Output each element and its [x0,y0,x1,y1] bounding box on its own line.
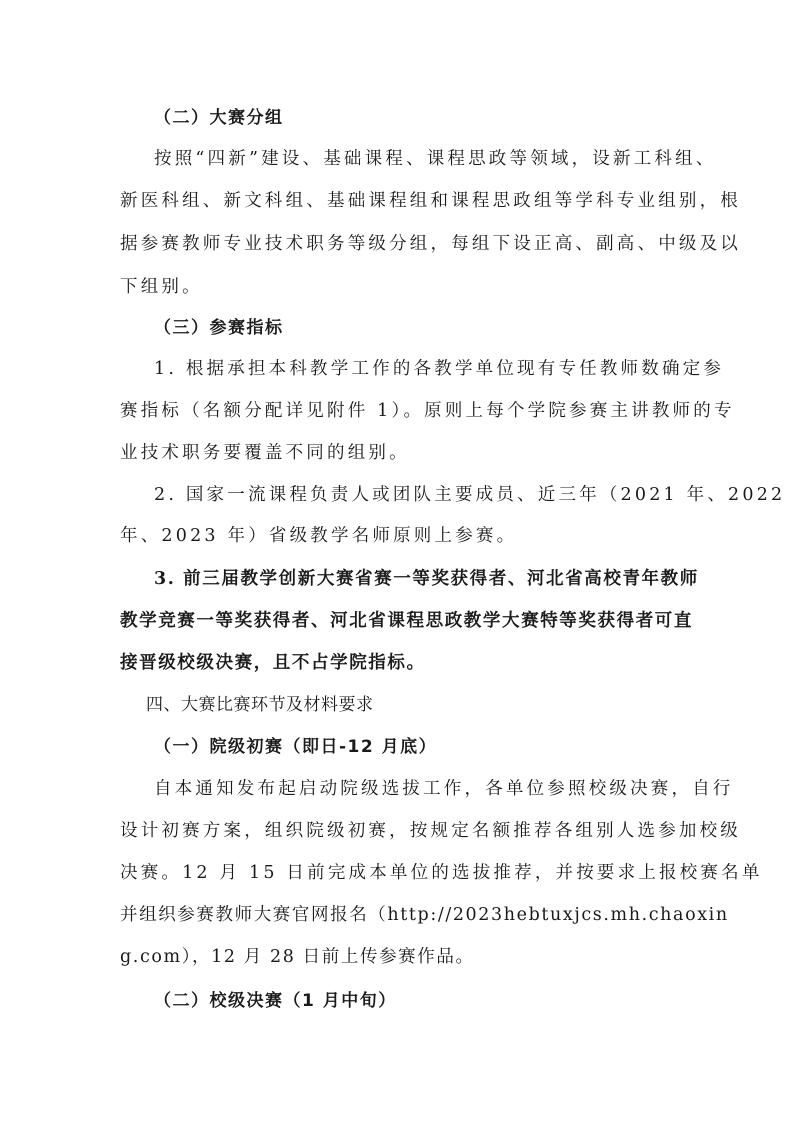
section-heading-school-final: （二）校级决赛（1 月中旬） [154,989,716,1013]
paragraph-line: 下组别。 [120,275,682,299]
paragraph-line: 2. 国家一流课程负责人或团队主要成员、近三年（2021 年、2022 [154,483,682,507]
paragraph-line: 据参赛教师专业技术职务等级分组，每组下设正高、副高、中级及以 [120,232,682,256]
paragraph-line: 自本通知发布起启动院级选拔工作，各单位参照校级决赛，自行 [154,777,682,801]
paragraph-line: g.com），12 月 28 日前上传参赛作品。 [120,945,682,969]
paragraph-line: 按照“四新”建设、基础课程、课程思政等领域，设新工科组、 [154,147,682,171]
paragraph-line-url: 并组织参赛教师大赛官网报名（http://2023hebtuxjcs.mh.ch… [120,903,682,927]
document-page: （二）大赛分组 按照“四新”建设、基础课程、课程思政等领域，设新工科组、 新医科… [0,0,800,1131]
paragraph-line: 1. 根据承担本科教学工作的各教学单位现有专任教师数确定参 [154,357,682,381]
section-heading-quota: （三）参赛指标 [154,316,716,340]
paragraph-line-bold: 教学竞赛一等奖获得者、河北省课程思政教学大赛特等奖获得者可直 [120,609,682,633]
paragraph-line: 新医科组、新文科组、基础课程组和课程思政组等学科专业组别，根 [120,189,682,213]
paragraph-line: 赛指标（名额分配详见附件 1）。原则上每个学院参赛主讲教师的专 [120,399,682,423]
section-heading-college-round: （一）院级初赛（即日-12 月底） [154,735,716,759]
paragraph-line: 年、2023 年）省级教学名师原则上参赛。 [120,524,682,548]
paragraph-line: 业技术职务要覆盖不同的组别。 [120,441,682,465]
paragraph-line-bold: 接晋级校级决赛，且不占学院指标。 [120,651,682,675]
chapter-heading-stages: 四、大赛比赛环节及材料要求 [146,693,708,717]
paragraph-line: 设计初赛方案，组织院级初赛，按规定名额推荐各组别人选参加校级 [120,819,682,843]
paragraph-line-bold: 3. 前三届教学创新大赛省赛一等奖获得者、河北省高校青年教师 [154,567,682,591]
paragraph-line: 决赛。12 月 15 日前完成本单位的选拔推荐，并按要求上报校赛名单 [120,861,682,885]
section-heading-groups: （二）大赛分组 [154,106,716,130]
